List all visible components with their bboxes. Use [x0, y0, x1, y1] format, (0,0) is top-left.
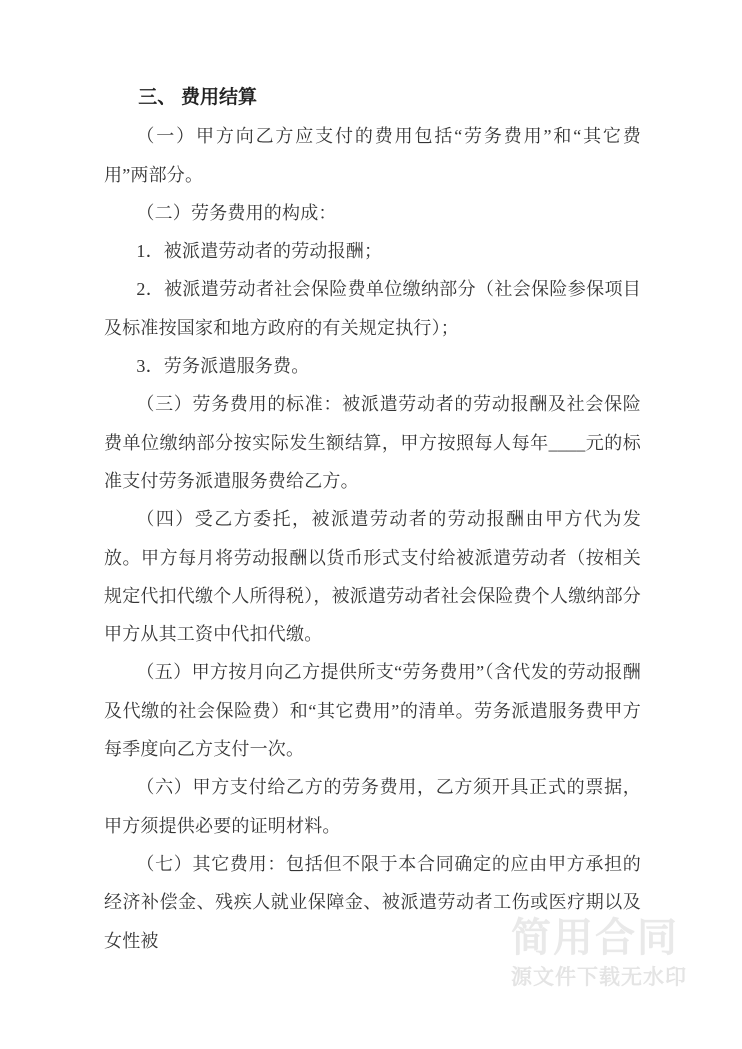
contract-clause-5: （五）甲方按月向乙方提供所支“劳务费用”（含代发的劳动报酬及代缴的社会保险费）和… [104, 653, 641, 768]
section-heading: 三、 费用结算 [104, 79, 641, 117]
contract-clause-2-item-3: 3．劳务派遣服务费。 [104, 347, 641, 385]
contract-clause-3: （三）劳务费用的标准：被派遣劳动者的劳动报酬及社会保险费单位缴纳部分按实际发生额… [104, 385, 641, 500]
contract-page: 三、 费用结算 （一）甲方向乙方应支付的费用包括“劳务费用”和“其它费用”两部分… [0, 0, 742, 1049]
contract-clause-1: （一）甲方向乙方应支付的费用包括“劳务费用”和“其它费用”两部分。 [104, 117, 641, 194]
contract-clause-6: （六）甲方支付给乙方的劳务费用，乙方须开具正式的票据，甲方须提供必要的证明材料。 [104, 768, 641, 845]
contract-clause-7: （七）其它费用：包括但不限于本合同确定的应由甲方承担的经济补偿金、残疾人就业保障… [104, 845, 641, 960]
contract-clause-2-item-1: 1．被派遣劳动者的劳动报酬； [104, 232, 641, 270]
contract-body: 三、 费用结算 （一）甲方向乙方应支付的费用包括“劳务费用”和“其它费用”两部分… [104, 79, 641, 960]
watermark-subtitle: 源文件下载无水印 [511, 967, 687, 989]
contract-clause-4: （四）受乙方委托，被派遣劳动者的劳动报酬由甲方代为发放。甲方每月将劳动报酬以货币… [104, 500, 641, 653]
contract-clause-2-item-2: 2．被派遣劳动者社会保险费单位缴纳部分（社会保险参保项目及标准按国家和地方政府的… [104, 270, 641, 347]
contract-clause-2: （二）劳务费用的构成： [104, 194, 641, 232]
